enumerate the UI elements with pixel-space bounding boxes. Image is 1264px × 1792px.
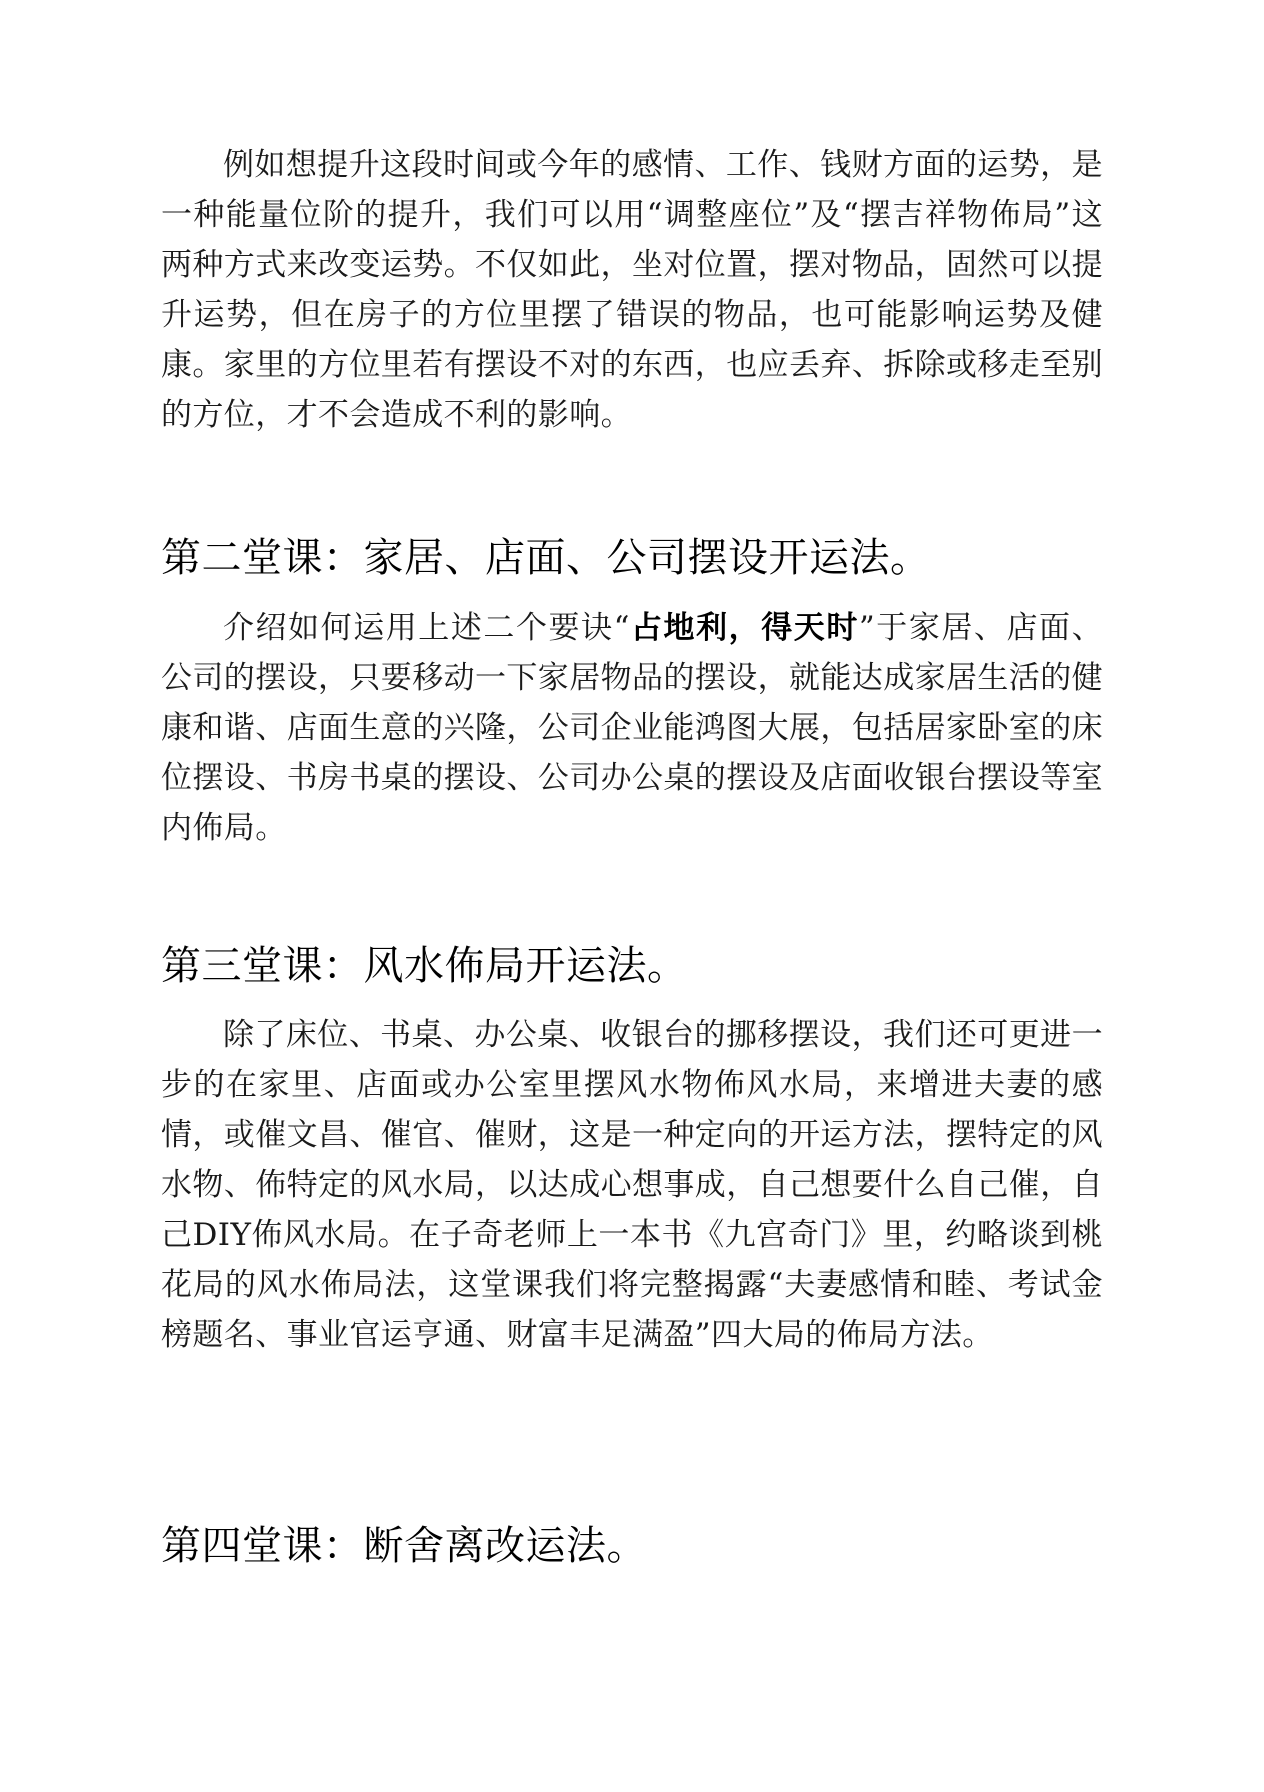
lesson-2-text-before: 介绍如何运用上述二个要诀“ — [223, 610, 630, 646]
lesson-3-heading: 第三堂课：风水佈局开运法。 — [161, 940, 688, 992]
lesson-3-paragraph: 除了床位、书桌、办公桌、收银台的挪移摆设，我们还可更进一步的在家里、店面或办公室… — [161, 1010, 1103, 1360]
intro-paragraph: 例如想提升这段时间或今年的感情、工作、钱财方面的运势，是一种能量位阶的提升，我们… — [161, 140, 1103, 440]
lesson-2-heading: 第二堂课：家居、店面、公司摆设开运法。 — [161, 532, 931, 584]
lesson-2-paragraph: 介绍如何运用上述二个要诀“占地利，得天时”于家居、店面、公司的摆设，只要移动一下… — [161, 603, 1103, 853]
lesson-2-emphasis: 占地利，得天时 — [630, 610, 859, 646]
lesson-4-heading: 第四堂课：断舍离改运法。 — [161, 1520, 647, 1572]
